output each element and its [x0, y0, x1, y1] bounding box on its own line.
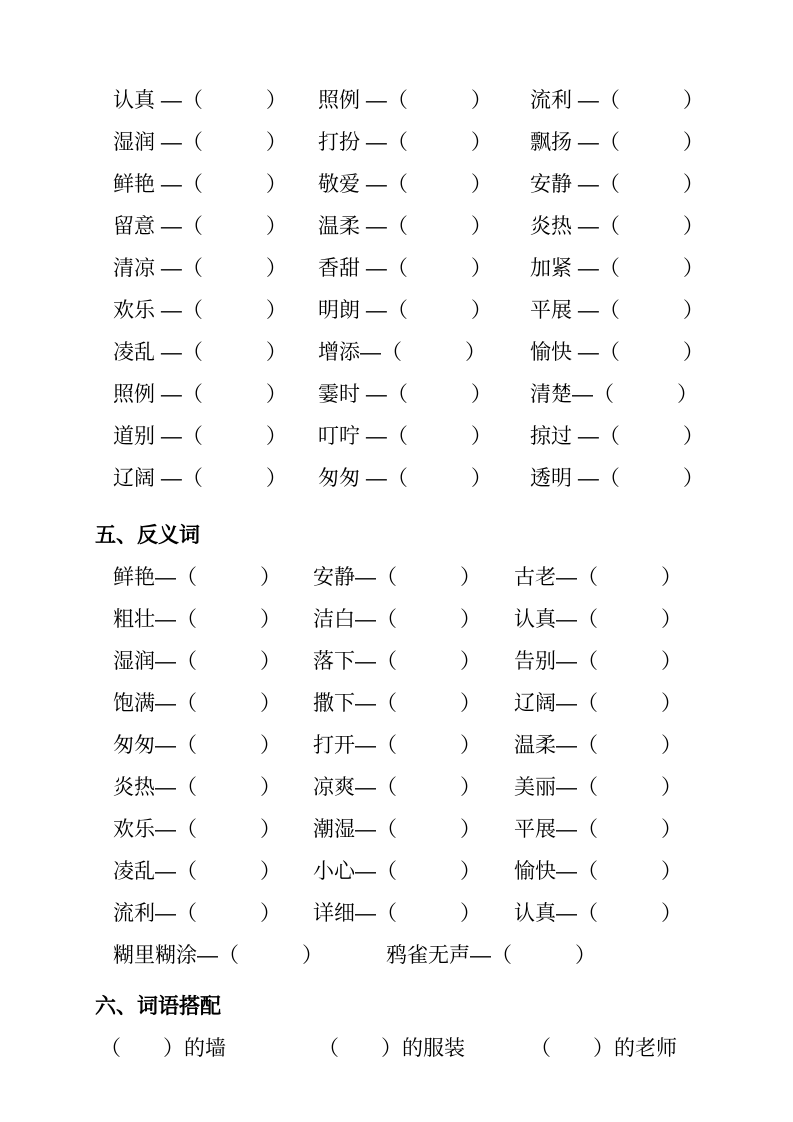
synonym-item: 飘扬 —（ ） [530, 122, 704, 164]
word-pair-row: 匆匆—（ ） 打开—（ ） 温柔—（ ） [95, 725, 765, 767]
synonym-item: 凌乱 —（ ） [113, 332, 318, 374]
word-pair-row: 饱满—（ ） 撒下—（ ） 辽阔—（ ） [95, 683, 765, 725]
word-pair-row: 湿润—（ ） 落下—（ ） 告别—（ ） [95, 641, 765, 683]
antonyms-heading: 五、反义词 [95, 515, 765, 557]
antonym-item: 洁白—（ ） [313, 599, 514, 641]
synonym-item: 照例 —（ ） [318, 80, 530, 122]
antonym-item: 愉快—（ ） [514, 851, 682, 893]
antonym-item: 安静—（ ） [313, 557, 514, 599]
synonym-item: 打扮 —（ ） [318, 122, 530, 164]
antonym-item: 详细—（ ） [313, 893, 514, 935]
collocation-item: （ ）的服装 [318, 1028, 530, 1070]
synonym-item: 湿润 —（ ） [113, 122, 318, 164]
antonym-item: 潮湿—（ ） [313, 809, 514, 851]
synonym-item: 清凉 —（ ） [113, 248, 318, 290]
word-pair-row: 欢乐—（ ） 潮湿—（ ） 平展—（ ） [95, 809, 765, 851]
antonym-item: 落下—（ ） [313, 641, 514, 683]
synonym-item: 愉快 —（ ） [530, 332, 704, 374]
synonym-item: 清楚—（ ） [530, 374, 698, 416]
antonym-item: 湿润—（ ） [113, 641, 313, 683]
antonym-item: 饱满—（ ） [113, 683, 313, 725]
antonym-item: 鲜艳—（ ） [113, 557, 313, 599]
word-pair-row: 道别 —（ ） 叮咛 —（ ） 掠过 —（ ） [95, 416, 765, 458]
word-pair-row: 流利—（ ） 详细—（ ） 认真—（ ） [95, 893, 765, 935]
antonym-item: 凉爽—（ ） [313, 767, 514, 809]
word-pair-row: 辽阔 —（ ） 匆匆 —（ ） 透明 —（ ） [95, 458, 765, 500]
synonym-item: 鲜艳 —（ ） [113, 164, 318, 206]
collocation-heading: 六、词语搭配 [95, 986, 765, 1028]
word-pair-row: 欢乐 —（ ） 明朗 —（ ） 平展 —（ ） [95, 290, 765, 332]
synonym-item: 霎时 —（ ） [318, 374, 530, 416]
synonym-item: 掠过 —（ ） [530, 416, 704, 458]
synonym-item: 增添—（ ） [318, 332, 530, 374]
word-pair-row: 炎热—（ ） 凉爽—（ ） 美丽—（ ） [95, 767, 765, 809]
synonym-item: 叮咛 —（ ） [318, 416, 530, 458]
word-pair-row: 清凉 —（ ） 香甜 —（ ） 加紧 —（ ） [95, 248, 765, 290]
synonym-item: 辽阔 —（ ） [113, 458, 318, 500]
word-pair-row: 鲜艳 —（ ） 敬爱 —（ ） 安静 —（ ） [95, 164, 765, 206]
collocation-section: （ ）的墙 （ ）的服装 （ ）的老师 [95, 1028, 765, 1070]
synonyms-section: 认真 —（ ） 照例 —（ ） 流利 —（ ） 湿润 —（ ） 打扮 —（ ） … [95, 80, 765, 500]
word-pair-row: 凌乱—（ ） 小心—（ ） 愉快—（ ） [95, 851, 765, 893]
antonym-item: 认真—（ ） [514, 599, 682, 641]
synonym-item: 温柔 —（ ） [318, 206, 530, 248]
synonym-item: 明朗 —（ ） [318, 290, 530, 332]
word-pair-row: 鲜艳—（ ） 安静—（ ） 古老—（ ） [95, 557, 765, 599]
antonym-item: 欢乐—（ ） [113, 809, 313, 851]
antonym-item: 小心—（ ） [313, 851, 514, 893]
word-pair-row: 认真 —（ ） 照例 —（ ） 流利 —（ ） [95, 80, 765, 122]
antonym-item: 美丽—（ ） [514, 767, 682, 809]
worksheet-content: 认真 —（ ） 照例 —（ ） 流利 —（ ） 湿润 —（ ） 打扮 —（ ） … [95, 80, 765, 1070]
synonym-item: 道别 —（ ） [113, 416, 318, 458]
synonym-item: 平展 —（ ） [530, 290, 704, 332]
word-pair-row: 粗壮—（ ） 洁白—（ ） 认真—（ ） [95, 599, 765, 641]
antonym-item-idiom: 鸦雀无声—（ ） [386, 935, 596, 977]
word-pair-row: 照例 —（ ） 霎时 —（ ） 清楚—（ ） [95, 374, 765, 416]
word-pair-row: 凌乱 —（ ） 增添—（ ） 愉快 —（ ） [95, 332, 765, 374]
synonym-item: 留意 —（ ） [113, 206, 318, 248]
synonym-item: 匆匆 —（ ） [318, 458, 530, 500]
antonym-item-idiom: 糊里糊涂—（ ） [113, 935, 386, 977]
antonym-item: 流利—（ ） [113, 893, 313, 935]
word-pair-row-idioms: 糊里糊涂—（ ） 鸦雀无声—（ ） [95, 935, 765, 977]
antonym-item: 告别—（ ） [514, 641, 682, 683]
synonym-item: 认真 —（ ） [113, 80, 318, 122]
antonym-item: 辽阔—（ ） [514, 683, 682, 725]
antonym-item: 古老—（ ） [514, 557, 682, 599]
synonym-item: 欢乐 —（ ） [113, 290, 318, 332]
synonym-item: 透明 —（ ） [530, 458, 704, 500]
worksheet-page: 认真 —（ ） 照例 —（ ） 流利 —（ ） 湿润 —（ ） 打扮 —（ ） … [0, 0, 793, 1122]
antonym-item: 凌乱—（ ） [113, 851, 313, 893]
antonym-item: 认真—（ ） [514, 893, 682, 935]
synonym-item: 炎热 —（ ） [530, 206, 704, 248]
antonym-item: 炎热—（ ） [113, 767, 313, 809]
synonym-item: 安静 —（ ） [530, 164, 704, 206]
collocation-item: （ ）的老师 [530, 1028, 677, 1070]
synonym-item: 照例 —（ ） [113, 374, 318, 416]
collocation-item: （ ）的墙 [100, 1028, 318, 1070]
antonym-item: 匆匆—（ ） [113, 725, 313, 767]
synonym-item: 香甜 —（ ） [318, 248, 530, 290]
word-pair-row: 湿润 —（ ） 打扮 —（ ） 飘扬 —（ ） [95, 122, 765, 164]
collocation-row: （ ）的墙 （ ）的服装 （ ）的老师 [95, 1028, 765, 1070]
antonyms-section: 鲜艳—（ ） 安静—（ ） 古老—（ ） 粗壮—（ ） 洁白—（ ） 认真—（ … [95, 557, 765, 977]
word-pair-row: 留意 —（ ） 温柔 —（ ） 炎热 —（ ） [95, 206, 765, 248]
antonym-item: 粗壮—（ ） [113, 599, 313, 641]
synonym-item: 敬爱 —（ ） [318, 164, 530, 206]
antonym-item: 温柔—（ ） [514, 725, 682, 767]
antonym-item: 平展—（ ） [514, 809, 682, 851]
antonym-item: 撒下—（ ） [313, 683, 514, 725]
synonym-item: 加紧 —（ ） [530, 248, 704, 290]
antonym-item: 打开—（ ） [313, 725, 514, 767]
synonym-item: 流利 —（ ） [530, 80, 704, 122]
